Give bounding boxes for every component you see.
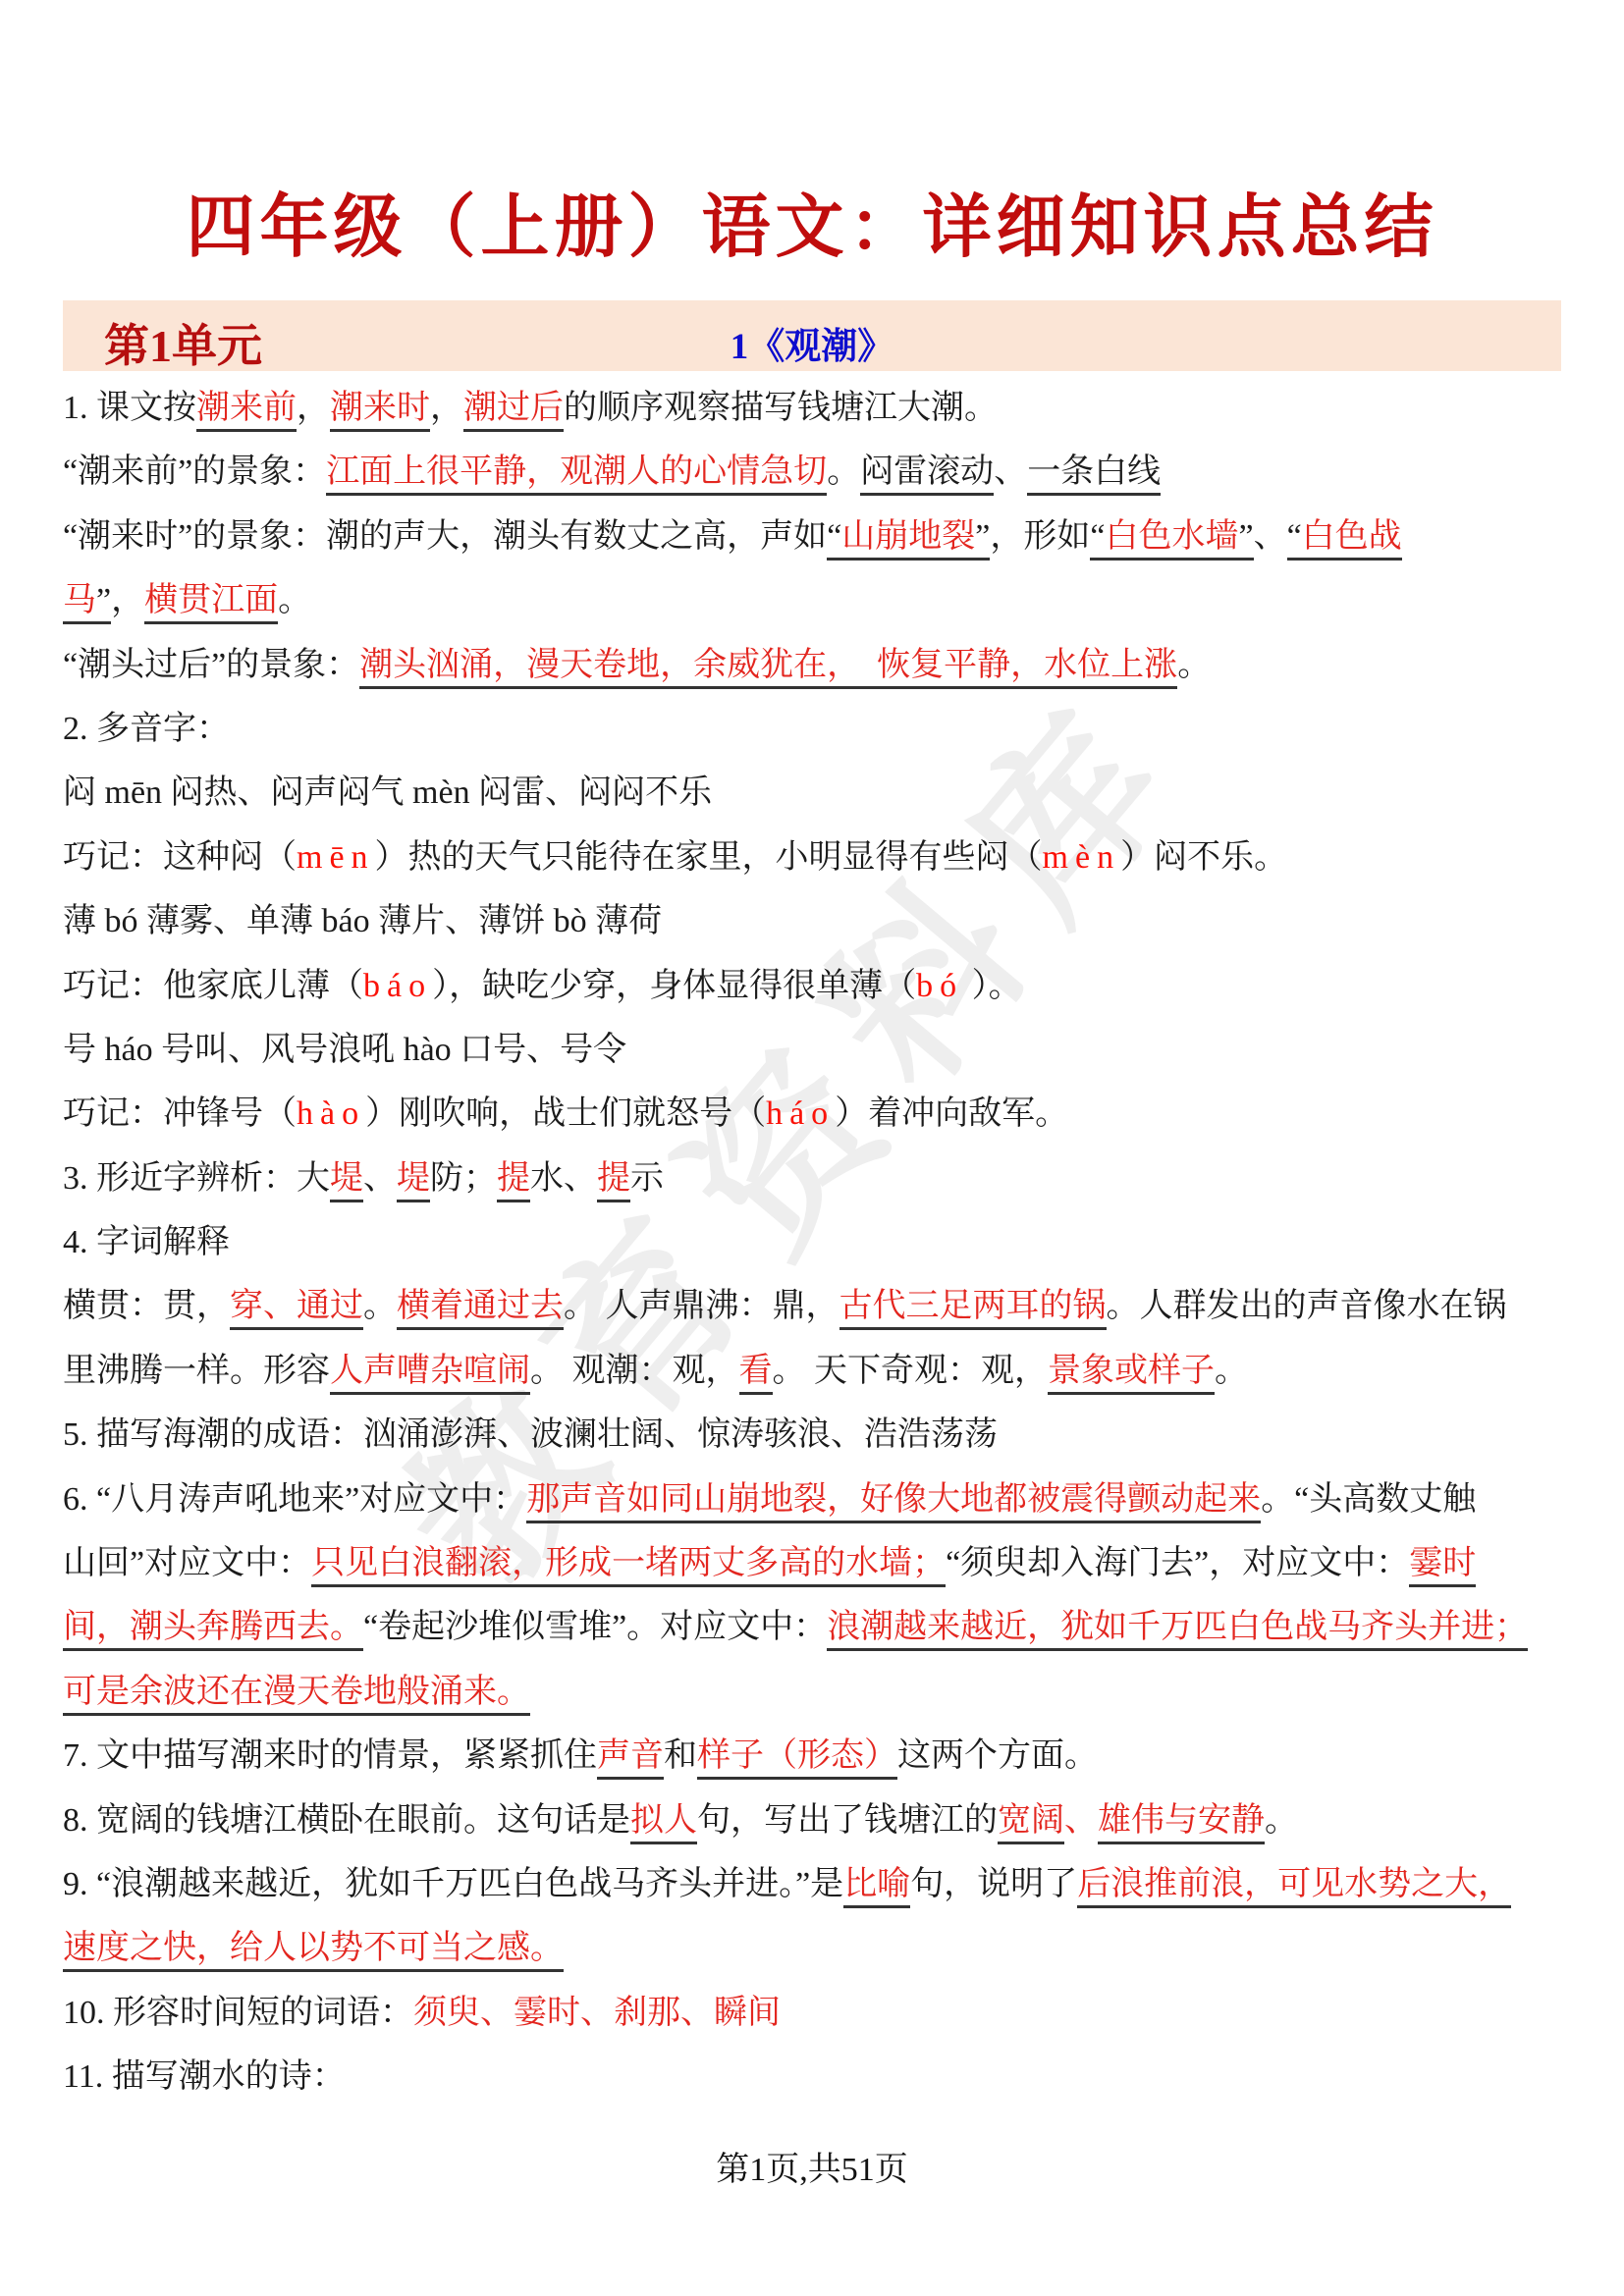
text-run: 薄 bó 薄雾、单薄 báo 薄片、薄饼 bò 薄荷	[63, 903, 662, 939]
text-run: 10. 形容时间短的词语：	[63, 1995, 413, 2031]
text-run: 潮头汹涌，漫天卷地，余威犹在， 恢复平静，水位上涨	[359, 647, 1177, 689]
text-line: 可是余波还在漫天卷地般涌来。	[63, 1660, 1563, 1724]
text-run: 潮过后	[463, 390, 564, 432]
text-run: 马	[63, 582, 96, 624]
text-run: 白色战	[1302, 518, 1402, 561]
text-run: 速度之快，给人以势不可当之感。	[63, 1930, 564, 1972]
text-run: 横贯江面	[144, 582, 278, 624]
text-run: 只见白浪翻滚，形成一堵两丈多高的水墙；	[311, 1545, 946, 1587]
text-line: 11. 描写潮水的诗：	[63, 2045, 1563, 2109]
text-run: ”	[96, 582, 111, 624]
text-run: 。	[278, 582, 311, 618]
text-line: 9. “浪潮越来越近，犹如千万匹白色战马齐头并进。”是比喻句，说明了后浪推前浪，…	[63, 1852, 1563, 1916]
text-run: 须臾、霎时、刹那、瞬间	[413, 1995, 781, 2031]
text-run: 。 观潮：观，	[530, 1353, 739, 1389]
text-run: 堤	[397, 1160, 430, 1202]
text-run: báo	[363, 968, 432, 1004]
text-run: 宽阔	[998, 1802, 1064, 1844]
text-run: 号 háo 号叫、风号浪吼 hào 口号、号令	[63, 1032, 626, 1068]
text-run: 3. 形近字辨析：大	[63, 1160, 330, 1197]
text-line: 间，潮头奔腾西去。“卷起沙堆似雪堆”。对应文中：浪潮越来越近，犹如千万匹白色战马…	[63, 1595, 1563, 1659]
text-run: 霎时	[1409, 1545, 1476, 1587]
text-run: 巧记：这种闷（	[63, 839, 297, 876]
text-run: 古代三足两耳的锅	[839, 1288, 1107, 1330]
text-run: 句，说明了	[910, 1866, 1077, 1902]
text-run: “	[1287, 518, 1302, 561]
text-run: 4. 字词解释	[63, 1224, 230, 1260]
text-run: “	[827, 518, 841, 561]
text-run: 。	[1177, 647, 1211, 683]
text-run: 7. 文中描写潮来时的情景，紧紧抓住	[63, 1737, 597, 1774]
text-run: 白色水墙	[1105, 518, 1238, 561]
text-run: ”	[1238, 518, 1253, 561]
text-line: “潮头过后”的景象：潮头汹涌，漫天卷地，余威犹在， 恢复平静，水位上涨。	[63, 633, 1563, 697]
text-run: 句，写出了钱塘江的	[697, 1802, 998, 1839]
text-run: 提	[597, 1160, 630, 1202]
text-run: 5. 描写海潮的成语：汹涌澎湃、波澜壮阔、惊涛骇浪、浩浩荡荡	[63, 1416, 998, 1453]
text-line: 闷 mēn 闷热、闷声闷气 mèn 闷雷、闷闷不乐	[63, 761, 1563, 825]
text-run: 、	[1254, 518, 1287, 555]
text-run: 横贯：贯，	[63, 1288, 230, 1324]
text-line: 号 háo 号叫、风号浪吼 hào 口号、号令	[63, 1018, 1563, 1082]
text-run: “潮来时”的景象：潮的声大，潮头有数丈之高，声如	[63, 518, 827, 555]
text-run: mèn	[1043, 839, 1121, 876]
text-run: ，	[111, 582, 144, 618]
text-run: 江面上很平静，观潮人的心情急切	[326, 454, 827, 496]
text-run: 6. “八月涛声吼地来”对应文中：	[63, 1481, 526, 1518]
text-run: 。	[1215, 1353, 1248, 1389]
text-run: 。 人声鼎沸：鼎，	[564, 1288, 839, 1324]
text-run: 闷雷滚动	[860, 454, 994, 496]
text-run: ，	[297, 390, 330, 426]
page-number: 第1页,共51页	[0, 2142, 1624, 2190]
text-line: 巧记：这种闷（mēn）热的天气只能待在家里，小明显得有些闷（mèn）闷不乐。	[63, 826, 1563, 889]
text-line: 7. 文中描写潮来时的情景，紧紧抓住声音和样子（形态）这两个方面。	[63, 1724, 1563, 1788]
text-run: 拟人	[630, 1802, 697, 1844]
text-run: ）刚吹响，战士们就怒号（	[365, 1095, 766, 1132]
text-run: 、	[994, 454, 1027, 490]
text-run: 示	[630, 1160, 664, 1197]
text-run: 。	[827, 454, 860, 490]
text-run: ）热的天气只能待在家里，小明显得有些闷（	[375, 839, 1043, 876]
text-run: ）。	[963, 968, 1022, 1004]
text-run: 。	[1265, 1802, 1298, 1839]
text-line: 5. 描写海潮的成语：汹涌澎湃、波澜壮阔、惊涛骇浪、浩浩荡荡	[63, 1403, 1563, 1467]
text-run: ，	[430, 390, 463, 426]
text-run: “潮头过后”的景象：	[63, 647, 359, 683]
text-run: 间，潮头奔腾西去。	[63, 1609, 363, 1651]
text-run: 人声嘈杂喧闹	[330, 1353, 530, 1395]
text-run: 的顺序观察描写钱塘江大潮。	[564, 390, 998, 426]
text-line: 横贯：贯，穿、通过。横着通过去。 人声鼎沸：鼎，古代三足两耳的锅。人群发出的声音…	[63, 1274, 1563, 1338]
body-text: 1. 课文按潮来前，潮来时，潮过后的顺序观察描写钱塘江大潮。“潮来前”的景象：江…	[63, 376, 1563, 2109]
text-line: 薄 bó 薄雾、单薄 báo 薄片、薄饼 bò 薄荷	[63, 889, 1563, 953]
text-run: bó	[916, 968, 963, 1004]
text-run: mēn	[297, 839, 375, 876]
text-line: 4. 字词解释	[63, 1210, 1563, 1274]
text-run: 雄伟与安静	[1098, 1802, 1265, 1844]
text-run: 1. 课文按	[63, 390, 196, 426]
unit-header-bar: 第1单元 1《观潮》	[63, 300, 1561, 371]
lesson-title: 1《观潮》	[63, 316, 1561, 369]
text-run: 。人群发出的声音像水在锅	[1107, 1288, 1507, 1324]
text-run: 。“头高数丈触	[1261, 1481, 1476, 1518]
text-run: 山回”对应文中：	[63, 1545, 311, 1581]
text-run: 后浪推前浪，可见水势之大，	[1077, 1866, 1511, 1908]
text-line: 速度之快，给人以势不可当之感。	[63, 1916, 1563, 1980]
text-run: 9. “浪潮越来越近，犹如千万匹白色战马齐头并进。”是	[63, 1866, 843, 1902]
text-line: 8. 宽阔的钱塘江横卧在眼前。这句话是拟人句，写出了钱塘江的宽阔、雄伟与安静。	[63, 1789, 1563, 1852]
text-run: hào	[297, 1095, 365, 1132]
text-line: 3. 形近字辨析：大堤、堤防；提水、提示	[63, 1147, 1563, 1210]
text-run: 2. 多音字：	[63, 711, 230, 747]
text-run: 和	[664, 1737, 697, 1774]
text-line: 马”，横贯江面。	[63, 568, 1563, 632]
text-run: 11. 描写潮水的诗：	[63, 2058, 346, 2095]
text-run: 闷 mēn 闷热、闷声闷气 mèn 闷雷、闷闷不乐	[63, 774, 712, 811]
text-line: 10. 形容时间短的词语：须臾、霎时、刹那、瞬间	[63, 1981, 1563, 2045]
text-run: ”	[975, 518, 990, 561]
text-run: háo	[766, 1095, 835, 1132]
text-run: 浪潮越来越近，犹如千万匹白色战马齐头并进；	[827, 1609, 1528, 1651]
text-run: 。 天下奇观：观，	[773, 1353, 1049, 1389]
text-run: 堤	[330, 1160, 363, 1202]
text-run: 声音	[597, 1737, 664, 1780]
text-run: 里沸腾一样。形容	[63, 1353, 330, 1389]
text-run: 这两个方面。	[897, 1737, 1098, 1774]
text-run: ）闷不乐。	[1120, 839, 1287, 876]
document-page: 教育资料库 四年级（上册）语文：详细知识点总结 第1单元 1《观潮》 1. 课文…	[0, 0, 1624, 2296]
text-run: 、	[363, 1160, 397, 1197]
text-line: “潮来时”的景象：潮的声大，潮头有数丈之高，声如“山崩地裂”，形如“白色水墙”、…	[63, 505, 1563, 568]
text-run: “潮来前”的景象：	[63, 454, 326, 490]
page-title: 四年级（上册）语文：详细知识点总结	[0, 172, 1624, 271]
text-run: ）着冲向敌军。	[835, 1095, 1068, 1132]
text-run: 穿、通过	[230, 1288, 363, 1330]
text-run: 山崩地裂	[841, 518, 975, 561]
text-run: 防；	[430, 1160, 497, 1197]
text-run: 比喻	[843, 1866, 910, 1908]
text-run: 横着通过去	[397, 1288, 564, 1330]
text-line: 里沸腾一样。形容人声嘈杂喧闹。 观潮：观，看。 天下奇观：观，景象或样子。	[63, 1339, 1563, 1403]
text-run: 巧记：冲锋号（	[63, 1095, 297, 1132]
text-run: 看	[739, 1353, 773, 1395]
text-line: 6. “八月涛声吼地来”对应文中：那声音如同山崩地裂，好像大地都被震得颤动起来。…	[63, 1468, 1563, 1531]
text-run: 潮来前	[196, 390, 297, 432]
text-run: “卷起沙堆似雪堆”。对应文中：	[363, 1609, 827, 1645]
text-run: 潮来时	[330, 390, 430, 432]
text-line: 山回”对应文中：只见白浪翻滚，形成一堵两丈多高的水墙；“须臾却入海门去”，对应文…	[63, 1531, 1563, 1595]
text-run: 8. 宽阔的钱塘江横卧在眼前。这句话是	[63, 1802, 630, 1839]
text-run: “须臾却入海门去”，对应文中：	[946, 1545, 1409, 1581]
text-line: 巧记：冲锋号（hào）刚吹响，战士们就怒号（háo）着冲向敌军。	[63, 1082, 1563, 1146]
text-line: 2. 多音字：	[63, 697, 1563, 761]
text-run: 可是余波还在漫天卷地般涌来。	[63, 1674, 530, 1716]
text-run: 。	[363, 1288, 397, 1324]
text-line: 巧记：他家底儿薄（báo），缺吃少穿，身体显得很单薄（bó ）。	[63, 954, 1563, 1018]
text-run: 景象或样子	[1048, 1353, 1215, 1395]
text-run: 样子（形态）	[697, 1737, 897, 1780]
text-run: ，形如	[990, 518, 1090, 555]
text-run: ），缺吃少穿，身体显得很单薄（	[432, 968, 916, 1004]
text-run: 水、	[530, 1160, 597, 1197]
text-line: 1. 课文按潮来前，潮来时，潮过后的顺序观察描写钱塘江大潮。	[63, 376, 1563, 440]
text-line: “潮来前”的景象：江面上很平静，观潮人的心情急切。闷雷滚动、一条白线	[63, 440, 1563, 504]
text-run: 提	[497, 1160, 530, 1202]
text-run: 、	[1064, 1802, 1098, 1839]
text-run: 一条白线	[1027, 454, 1161, 496]
text-run: “	[1090, 518, 1105, 561]
text-run: 巧记：他家底儿薄（	[63, 968, 363, 1004]
text-run: 那声音如同山崩地裂，好像大地都被震得颤动起来	[526, 1481, 1261, 1523]
